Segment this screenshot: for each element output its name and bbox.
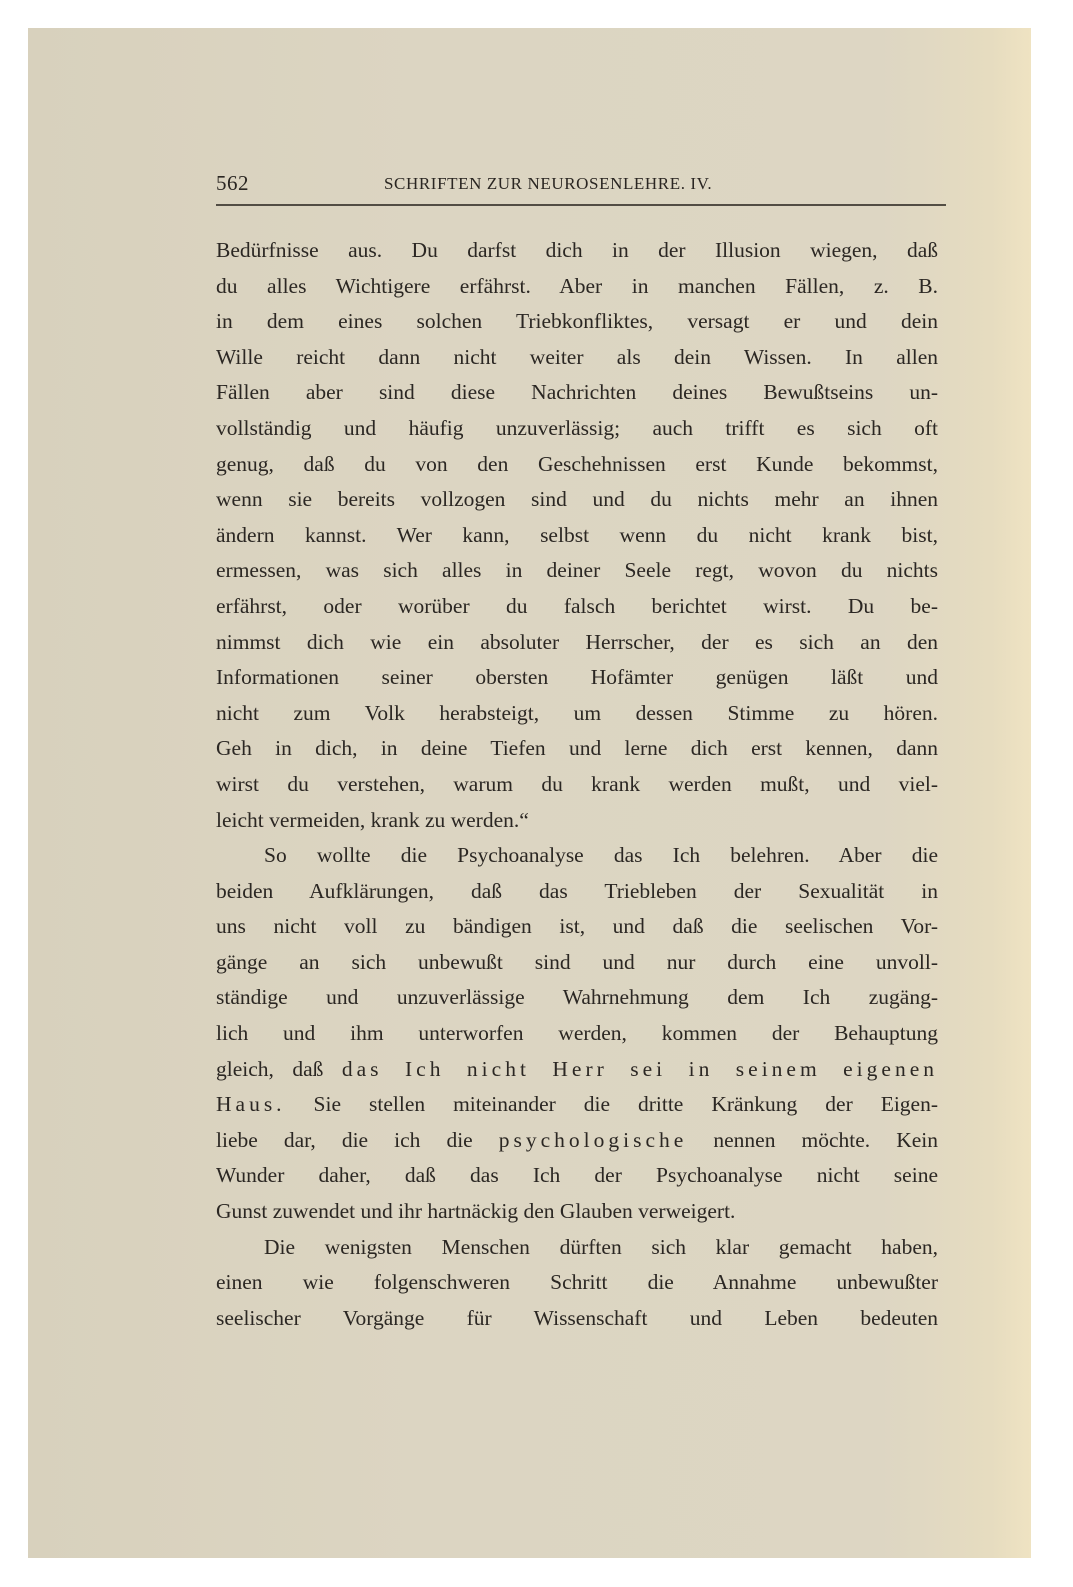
text-line: Wunder daher, daß das Ich der Psychoanal… [216, 1158, 938, 1194]
text-line: Informationen seiner obersten Hofämter g… [216, 660, 938, 696]
text-line: in dem eines solchen Triebkonfliktes, ve… [216, 304, 938, 340]
page-number: 562 [216, 171, 249, 196]
text-line: wirst du verstehen, warum du krank werde… [216, 767, 938, 803]
text-line: uns nicht voll zu bändigen ist, und daß … [216, 909, 938, 945]
text-line: gänge an sich unbewußt sind und nur durc… [216, 945, 938, 981]
text-line: einen wie folgenschweren Schritt die Ann… [216, 1265, 938, 1301]
text-line-with-emphasis: Haus. Sie stellen miteinander die dritte… [216, 1087, 938, 1123]
running-title: SCHRIFTEN ZUR NEUROSENLEHRE. IV. [384, 174, 712, 194]
text-fragment: Sie stellen miteinander die dritte Kränk… [314, 1092, 938, 1116]
paragraph-start-line: So wollte die Psychoanalyse das Ich bele… [216, 838, 938, 874]
emphasized-phrase: das Ich nicht Herr sei in seinem eigenen [342, 1057, 938, 1081]
scanned-page: 562 SCHRIFTEN ZUR NEUROSENLEHRE. IV. Bed… [28, 28, 1031, 1558]
text-fragment: liebe dar, die ich die [216, 1128, 473, 1152]
text-line: genug, daß du von den Geschehnissen erst… [216, 447, 938, 483]
text-line: du alles Wichtigere erfährst. Aber in ma… [216, 269, 938, 305]
body-text: Bedürfnisse aus. Du darfst dich in der I… [216, 233, 938, 1336]
text-line: beiden Aufklärungen, daß das Triebleben … [216, 874, 938, 910]
emphasized-phrase: Haus. [216, 1092, 286, 1116]
text-line: erfährst, oder worüber du falsch bericht… [216, 589, 938, 625]
text-line-with-emphasis: liebe dar, die ich die psychologische ne… [216, 1123, 938, 1159]
text-line: Gunst zuwendet und ihr hartnäckig den Gl… [216, 1194, 938, 1230]
text-line-with-emphasis: gleich, daß das Ich nicht Herr sei in se… [216, 1052, 938, 1088]
text-line: seelischer Vorgänge für Wissenschaft und… [216, 1301, 938, 1337]
text-fragment: nennen möchte. Kein [713, 1128, 938, 1152]
text-line: ständige und unzuverlässige Wahrnehmung … [216, 980, 938, 1016]
text-line: wenn sie bereits vollzogen sind und du n… [216, 482, 938, 518]
text-line: lich und ihm unterworfen werden, kommen … [216, 1016, 938, 1052]
text-line: nicht zum Volk herabsteigt, um dessen St… [216, 696, 938, 732]
text-line: Wille reicht dann nicht weiter als dein … [216, 340, 938, 376]
text-line: nimmst dich wie ein absoluter Herrscher,… [216, 625, 938, 661]
text-line: vollständig und häufig unzuverlässig; au… [216, 411, 938, 447]
text-line: ändern kannst. Wer kann, selbst wenn du … [216, 518, 938, 554]
running-head: 562 SCHRIFTEN ZUR NEUROSENLEHRE. IV. [216, 168, 938, 200]
text-line: Bedürfnisse aus. Du darfst dich in der I… [216, 233, 938, 269]
text-line: Geh in dich, in deine Tiefen und lerne d… [216, 731, 938, 767]
text-fragment: gleich, daß [216, 1057, 323, 1081]
text-line: ermessen, was sich alles in deiner Seele… [216, 553, 938, 589]
emphasized-word: psychologische [499, 1128, 688, 1152]
header-rule [216, 204, 946, 206]
paragraph-start-line: Die wenigsten Menschen dürften sich klar… [216, 1230, 938, 1266]
text-line: Fällen aber sind diese Nachrichten deine… [216, 375, 938, 411]
text-line: leicht vermeiden, krank zu werden.“ [216, 803, 938, 839]
